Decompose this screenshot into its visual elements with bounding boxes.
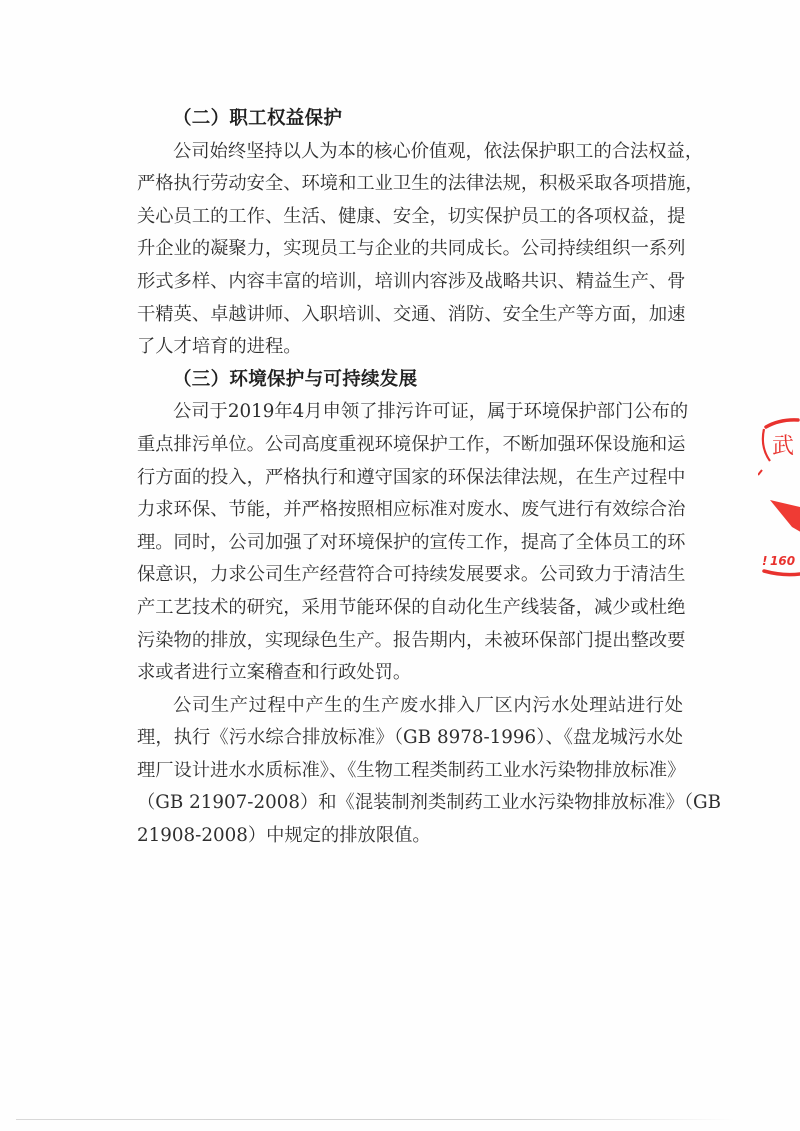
document-body: （二）职工权益保护 公司始终坚持以人为本的核心价值观，依法保护职工的合法权益， … [137,103,683,853]
text-line: 重点排污单位。公司高度重视环境保护工作，不断加强环保设施和运 [137,429,683,462]
text-line: 了人才培育的进程。 [137,331,683,364]
document-page: （二）职工权益保护 公司始终坚持以人为本的核心价值观，依法保护职工的合法权益， … [0,0,800,1131]
text-line: 求或者进行立案稽查和行政处罚。 [137,657,683,690]
text-line: 力求环保、节能，并严格按照相应标准对废水、废气进行有效综合治 [137,494,683,527]
text-line: 21908-2008）中规定的排放限值。 [137,820,683,853]
text-line: 理厂设计进水水质标准》、《生物工程类制药工业水污染物排放标准》 [137,755,683,788]
text-line: 保意识，力求公司生产经营符合可持续发展要求。公司致力于清洁生 [137,559,683,592]
text-line: 关心员工的工作、生活、健康、安全，切实保护员工的各项权益，提 [137,201,683,234]
section-heading: （三）环境保护与可持续发展 [137,364,683,397]
section-heading: （二）职工权益保护 [137,103,683,136]
paragraph: 公司于2019年4月申领了排污许可证，属于环境保护部门公布的 重点排污单位。公司… [137,396,683,689]
text-line: （GB 21907-2008）和《混装制剂类制药工业水污染物排放标准》（GB [137,787,683,820]
svg-text:!: ! [762,554,767,568]
text-line: 行方面的投入，严格执行和遵守国家的环保法律法规，在生产过程中 [137,462,683,495]
text-line: 升企业的凝聚力，实现员工与企业的共同成长。公司持续组织一系列 [137,233,683,266]
paragraph: 公司生产过程中产生的生产废水排入厂区内污水处理站进行处 理，执行《污水综合排放标… [137,690,683,853]
text-line: 理，执行《污水综合排放标准》（GB 8978-1996）、《盘龙城污水处 [137,722,683,755]
text-line: 干精英、卓越讲师、入职培训、交通、消防、安全生产等方面，加速 [137,299,683,332]
text-line: 理。同时，公司加强了对环境保护的宣传工作，提高了全体员工的环 [137,527,683,560]
text-line: 污染物的排放，实现绿色生产。报告期内，未被环保部门提出整改要 [137,625,683,658]
svg-text:160: 160 [770,554,795,568]
text-line: 公司于2019年4月申领了排污许可证，属于环境保护部门公布的 [137,396,683,429]
company-seal-stamp: 武 ! 160 [758,415,800,595]
svg-text:武: 武 [772,434,794,459]
text-line: 产工艺技术的研究，采用节能环保的自动化生产线装备，减少或杜绝 [137,592,683,625]
text-line: 公司始终坚持以人为本的核心价值观，依法保护职工的合法权益， [137,136,683,169]
paragraph: 公司始终坚持以人为本的核心价值观，依法保护职工的合法权益， 严格执行劳动安全、环… [137,136,683,364]
text-line: 严格执行劳动安全、环境和工业卫生的法律法规，积极采取各项措施， [137,168,683,201]
seal-icon: 武 ! 160 [758,415,800,595]
section-employee-rights: （二）职工权益保护 公司始终坚持以人为本的核心价值观，依法保护职工的合法权益， … [137,103,683,364]
section-environmental-protection: （三）环境保护与可持续发展 公司于2019年4月申领了排污许可证，属于环境保护部… [137,364,683,853]
text-line: 公司生产过程中产生的生产废水排入厂区内污水处理站进行处 [137,690,683,723]
text-line: 形式多样、内容丰富的培训，培训内容涉及战略共识、精益生产、骨 [137,266,683,299]
page-bottom-rule [16,1119,736,1120]
